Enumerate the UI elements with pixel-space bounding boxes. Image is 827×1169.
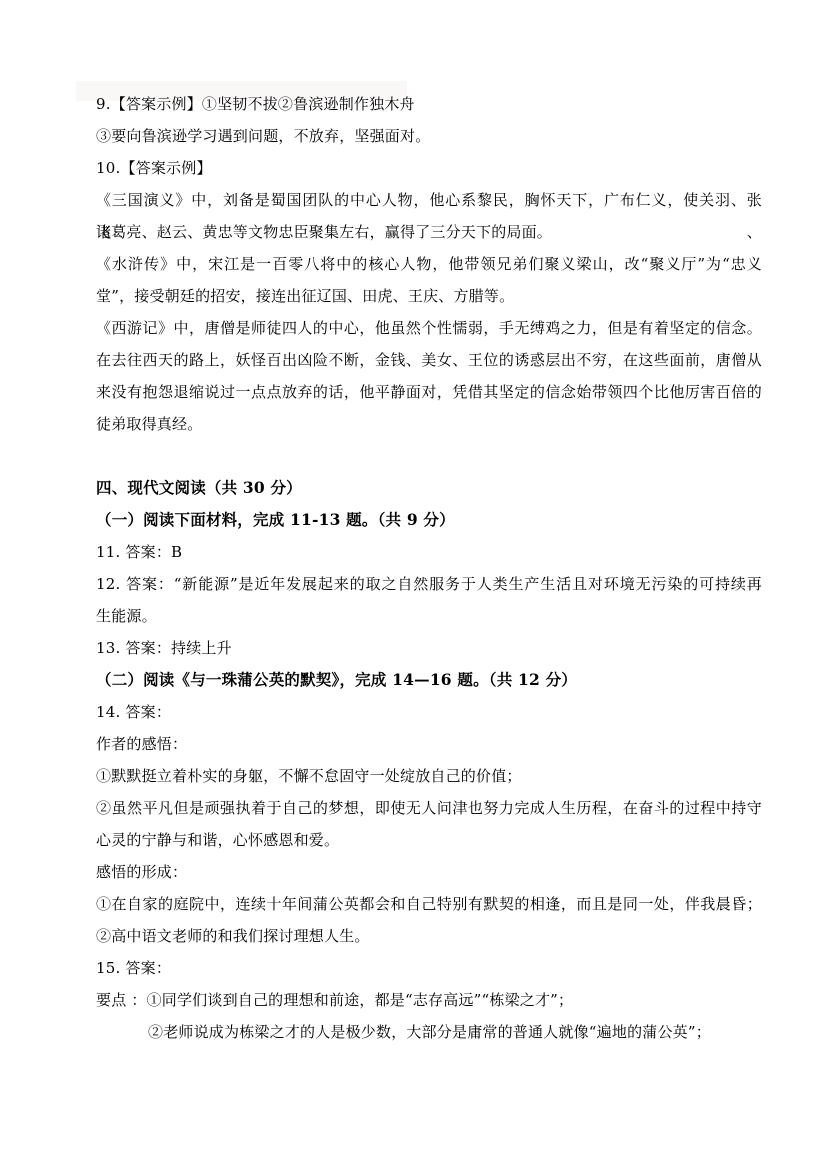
doc-line xiyouji-line-1: 《西游记》中，唐僧是师徒四人的中心，他虽然个性懦弱，手无缚鸡之力，但是有着坚定的…: [96, 312, 762, 344]
doc-line insight-formation-label: 感悟的形成：: [96, 856, 762, 888]
doc-line answer-9-cont: ③要向鲁滨逊学习遇到问题，不放弃，坚强面对。: [96, 120, 762, 152]
doc-line insight-point-1: ①默默挺立着朴实的身躯，不懈不怠固守一处绽放自己的价值；: [96, 760, 762, 792]
doc-line sanguo-line-1: 《三国演义》中，刘备是蜀国团队的中心人物，他心系黎民，胸怀天下，广布仁义，使关羽…: [96, 184, 762, 216]
subsection-heading-1: （一）阅读下面材料，完成 11-13 题。（共 9 分）: [96, 504, 762, 536]
section-heading-4: 四、现代文阅读（共 30 分）: [96, 472, 762, 504]
blank-line: [96, 440, 762, 472]
doc-line answer-12-line-2: 生能源。: [96, 600, 762, 632]
doc-line xiyouji-line-3: 来没有抱怨退缩说过一点点放弃的话，他平静面对，凭借其坚定的信念始带领四个比他厉害…: [96, 376, 762, 408]
doc-line formation-point-2: ②高中语文老师的和我们探讨理想人生。: [96, 920, 762, 952]
doc-line insight-point-2a: ②虽然平凡但是顽强执着于自己的梦想，即使无人问津也努力完成人生历程，在奋斗的过程…: [96, 792, 762, 824]
doc-line formation-point-1: ①在自家的庭院中，连续十年间蒲公英都会和自己特别有默契的相逢，而且是同一处，伴我…: [96, 888, 762, 920]
subsection-heading-2: （二）阅读《与一珠蒲公英的默契》，完成 14—16 题。（共 12 分）: [96, 664, 762, 696]
doc-line shuihu-line-2: 堂”，接受朝廷的招安，接连出征辽国、田虎、王庆、方腊等。: [96, 280, 762, 312]
doc-line answer-11: 11. 答案：B: [96, 536, 762, 568]
doc-line shuihu-line-1: 《水浒传》中，宋江是一百零八将中的核心人物，他带领兄弟们聚义梁山，改“聚义厅”为…: [96, 248, 762, 280]
doc-line answer-15-label: 15. 答案：: [96, 952, 762, 984]
doc-line insight-point-2b: 心灵的宁静与和谐，心怀感恩和爱。: [96, 824, 762, 856]
document-page: 9.【答案示例】①坚韧不拔②鲁滨逊制作独木舟 ③要向鲁滨逊学习遇到问题，不放弃，…: [0, 0, 827, 1169]
doc-line answer-10-label: 10.【答案示例】: [96, 152, 762, 184]
doc-line xiyouji-line-4: 徒弟取得真经。: [96, 408, 762, 440]
doc-line answer-12-line-1: 12. 答案：“新能源”是近年发展起来的取之自然服务于人类生产生活且对环境无污染…: [96, 568, 762, 600]
doc-line answer-13: 13. 答案：持续上升: [96, 632, 762, 664]
document-body: 9.【答案示例】①坚韧不拔②鲁滨逊制作独木舟 ③要向鲁滨逊学习遇到问题，不放弃，…: [96, 88, 762, 1048]
doc-line answer-14-label: 14. 答案：: [96, 696, 762, 728]
doc-line answer-15-point-2: ②老师说成为栋梁之才的人是极少数，大部分是庸常的普通人就像“遍地的蒲公英”；: [96, 1016, 762, 1048]
doc-line answer-9: 9.【答案示例】①坚韧不拔②鲁滨逊制作独木舟: [96, 88, 762, 120]
doc-line answer-15-point-1: 要点 ：①同学们谈到自己的理想和前途，都是“志存高远”“栋梁之才”；: [96, 984, 762, 1016]
doc-line xiyouji-line-2: 在去往西天的路上，妖怪百出凶险不断，金钱、美女、王位的诱惑层出不穷，在这些面前，…: [96, 344, 762, 376]
doc-line author-insight-label: 作者的感悟：: [96, 728, 762, 760]
